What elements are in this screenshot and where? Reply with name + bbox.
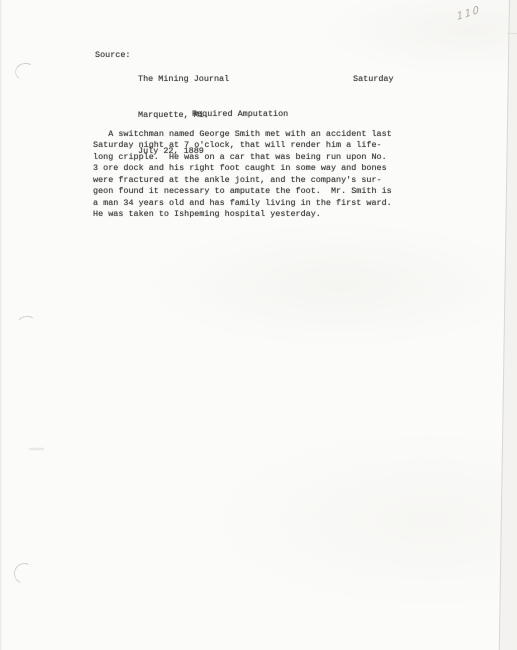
handwritten-page-number: 110 — [456, 4, 481, 23]
source-weekday: Saturday — [353, 73, 394, 85]
source-publication: The Mining Journal — [138, 73, 229, 85]
source-label: Source: — [95, 49, 130, 61]
paper-wrinkle-mark — [13, 61, 36, 82]
paper-wrinkle-mark — [11, 560, 38, 587]
article-body: A switchman named George Smith met with … — [93, 129, 392, 221]
pencil-smudge — [29, 448, 44, 450]
article-title: Required Amputation — [192, 108, 288, 120]
scan-background-strip — [0, 0, 517, 650]
scanned-document-page: 110 Source: The Mining Journal Marquette… — [0, 0, 517, 650]
paper-wrinkle-mark — [16, 315, 37, 332]
paper-left-edge-shadow — [0, 0, 2, 650]
